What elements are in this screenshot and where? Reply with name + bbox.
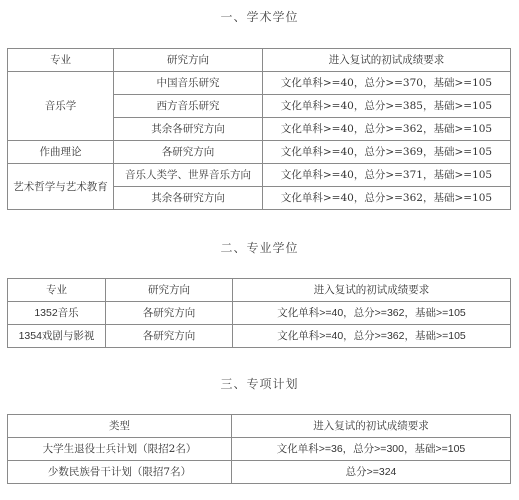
requirement-cell: 文化单科>=40，总分>=369，基础>=105 — [263, 141, 511, 164]
requirement-cell: 文化单科>=40，总分>=371，基础>=105 — [263, 164, 511, 187]
requirement-cell: 总分>=324 — [232, 461, 511, 484]
requirement-cell: 文化单科>=40，总分>=362，基础>=105 — [263, 118, 511, 141]
table-header-row: 专业 研究方向 进入复试的初试成绩要求 — [8, 49, 511, 72]
direction-cell: 各研究方向 — [114, 141, 263, 164]
table-row: 1354戏剧与影视 各研究方向 文化单科>=40，总分>=362，基础>=105 — [8, 325, 511, 348]
professional-degree-table: 专业 研究方向 进入复试的初试成绩要求 1352音乐 各研究方向 文化单科>=4… — [7, 278, 511, 348]
header-requirement: 进入复试的初试成绩要求 — [233, 279, 511, 302]
header-major: 专业 — [8, 279, 106, 302]
type-cell: 大学生退役士兵计划（限招2名） — [8, 438, 232, 461]
major-cell: 作曲理论 — [8, 141, 114, 164]
direction-cell: 各研究方向 — [106, 325, 233, 348]
table-header-row: 类型 进入复试的初试成绩要求 — [8, 415, 511, 438]
requirement-cell: 文化单科>=40，总分>=362，基础>=105 — [233, 302, 511, 325]
table-row: 1352音乐 各研究方向 文化单科>=40，总分>=362，基础>=105 — [8, 302, 511, 325]
header-major: 专业 — [8, 49, 114, 72]
requirement-cell: 文化单科>=40，总分>=370，基础>=105 — [263, 72, 511, 95]
academic-degree-table: 专业 研究方向 进入复试的初试成绩要求 音乐学 中国音乐研究 文化单科>=40，… — [7, 48, 511, 210]
table-row: 音乐学 中国音乐研究 文化单科>=40，总分>=370，基础>=105 — [8, 72, 511, 95]
major-cell: 艺术哲学与艺术教育 — [8, 164, 114, 210]
section-title-academic: 一、学术学位 — [0, 8, 519, 25]
major-cell: 1352音乐 — [8, 302, 106, 325]
table-row: 大学生退役士兵计划（限招2名） 文化单科>=36，总分>=300，基础>=105 — [8, 438, 511, 461]
header-direction: 研究方向 — [114, 49, 263, 72]
header-requirement: 进入复试的初试成绩要求 — [263, 49, 511, 72]
special-plan-table: 类型 进入复试的初试成绩要求 大学生退役士兵计划（限招2名） 文化单科>=36，… — [7, 414, 511, 484]
requirement-cell: 文化单科>=40，总分>=362，基础>=105 — [263, 187, 511, 210]
table-row: 艺术哲学与艺术教育 音乐人类学、世界音乐方向 文化单科>=40，总分>=371，… — [8, 164, 511, 187]
direction-cell: 其余各研究方向 — [114, 118, 263, 141]
table-row: 少数民族骨干计划（限招7名） 总分>=324 — [8, 461, 511, 484]
direction-cell: 音乐人类学、世界音乐方向 — [114, 164, 263, 187]
direction-cell: 中国音乐研究 — [114, 72, 263, 95]
header-direction: 研究方向 — [106, 279, 233, 302]
table-row: 作曲理论 各研究方向 文化单科>=40，总分>=369，基础>=105 — [8, 141, 511, 164]
requirement-cell: 文化单科>=40，总分>=362，基础>=105 — [233, 325, 511, 348]
section-title-professional: 二、专业学位 — [0, 239, 519, 256]
direction-cell: 西方音乐研究 — [114, 95, 263, 118]
direction-cell: 各研究方向 — [106, 302, 233, 325]
type-cell: 少数民族骨干计划（限招7名） — [8, 461, 232, 484]
header-type: 类型 — [8, 415, 232, 438]
requirement-cell: 文化单科>=36，总分>=300，基础>=105 — [232, 438, 511, 461]
major-cell: 1354戏剧与影视 — [8, 325, 106, 348]
section-title-special-plan: 三、专项计划 — [0, 375, 519, 392]
requirement-cell: 文化单科>=40，总分>=385，基础>=105 — [263, 95, 511, 118]
header-requirement: 进入复试的初试成绩要求 — [232, 415, 511, 438]
table-header-row: 专业 研究方向 进入复试的初试成绩要求 — [8, 279, 511, 302]
major-cell: 音乐学 — [8, 72, 114, 141]
direction-cell: 其余各研究方向 — [114, 187, 263, 210]
